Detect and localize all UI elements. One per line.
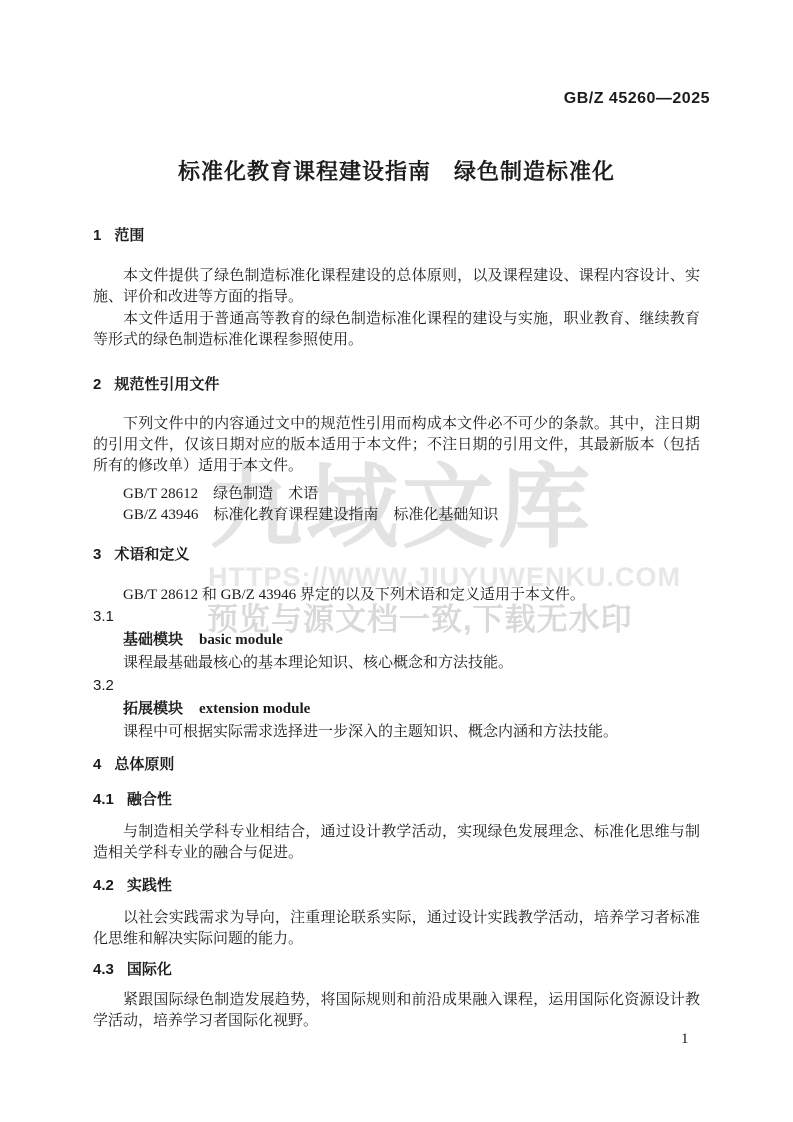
section-title: 总体原则 bbox=[114, 756, 174, 773]
section-title: 规范性引用文件 bbox=[114, 376, 219, 393]
principle-paragraph: 与制造相关学科专业相结合，通过设计教学活动，实现绿色发展理念、标准化思维与制造相… bbox=[93, 822, 700, 864]
page-number: 1 bbox=[681, 1030, 689, 1048]
section-heading-normative-refs: 2规范性引用文件 bbox=[93, 375, 700, 394]
section-number: 2 bbox=[93, 375, 101, 394]
term-number: 3.1 bbox=[93, 607, 700, 626]
subsection-title: 国际化 bbox=[127, 961, 172, 978]
document-title: 标准化教育课程建设指南 绿色制造标准化 bbox=[0, 158, 793, 187]
section-title: 范围 bbox=[114, 227, 144, 244]
section-number: 1 bbox=[93, 226, 101, 245]
subsection-number: 4.1 bbox=[93, 790, 114, 809]
principle-paragraph: 以社会实践需求为导向，注重理论联系实际，通过设计实践教学活动，培养学习者标准化思… bbox=[93, 908, 700, 950]
section-title: 术语和定义 bbox=[114, 546, 189, 563]
term-entry: 基础模块basic module bbox=[93, 630, 700, 650]
term-zh: 基础模块 bbox=[123, 631, 183, 648]
subsection-heading-practicality: 4.2实践性 bbox=[93, 876, 700, 895]
term-en: extension module bbox=[199, 701, 310, 717]
subsection-title: 实践性 bbox=[127, 877, 172, 894]
scope-paragraph-2: 本文件适用于普通高等教育的绿色制造标准化课程的建设与实施，职业教育、继续教育等形… bbox=[93, 309, 700, 351]
reference-item: GB/Z 43946 标准化教育课程建设指南 标准化基础知识 bbox=[93, 505, 700, 526]
term-zh: 拓展模块 bbox=[123, 700, 183, 717]
term-definition: 课程中可根据实际需求选择进一步深入的主题知识、概念内涵和方法技能。 bbox=[93, 722, 700, 743]
section-heading-scope: 1范围 bbox=[93, 226, 700, 245]
reference-item: GB/T 28612 绿色制造 术语 bbox=[93, 484, 700, 505]
subsection-title: 融合性 bbox=[127, 791, 172, 808]
section-number: 3 bbox=[93, 545, 101, 564]
scope-paragraph-1: 本文件提供了绿色制造标准化课程建设的总体原则，以及课程建设、课程内容设计、实施、… bbox=[93, 266, 700, 308]
section-heading-terms: 3术语和定义 bbox=[93, 545, 700, 564]
subsection-heading-internationalization: 4.3国际化 bbox=[93, 960, 700, 979]
standard-number: GB/Z 45260—2025 bbox=[564, 90, 710, 108]
term-en: basic module bbox=[199, 632, 283, 648]
term-definition: 课程最基础最核心的基本理论知识、核心概念和方法技能。 bbox=[93, 653, 700, 674]
principle-paragraph: 紧跟国际绿色制造发展趋势，将国际规则和前沿成果融入课程，运用国际化资源设计教学活… bbox=[93, 990, 700, 1032]
term-number: 3.2 bbox=[93, 676, 700, 695]
subsection-number: 4.3 bbox=[93, 960, 114, 979]
term-entry: 拓展模块extension module bbox=[93, 699, 700, 719]
normative-refs-paragraph: 下列文件中的内容通过文中的规范性引用而构成本文件必不可少的条款。其中，注日期的引… bbox=[93, 414, 700, 477]
subsection-number: 4.2 bbox=[93, 876, 114, 895]
document-page: 九域文库 HTTPS://WWW.JIUYUWENKU.COM 预览与源文档一致… bbox=[0, 0, 793, 1122]
section-heading-principles: 4总体原则 bbox=[93, 755, 700, 774]
terms-intro: GB/T 28612 和 GB/Z 43946 界定的以及下列术语和定义适用于本… bbox=[93, 585, 700, 606]
subsection-heading-integration: 4.1融合性 bbox=[93, 790, 700, 809]
section-number: 4 bbox=[93, 755, 101, 774]
